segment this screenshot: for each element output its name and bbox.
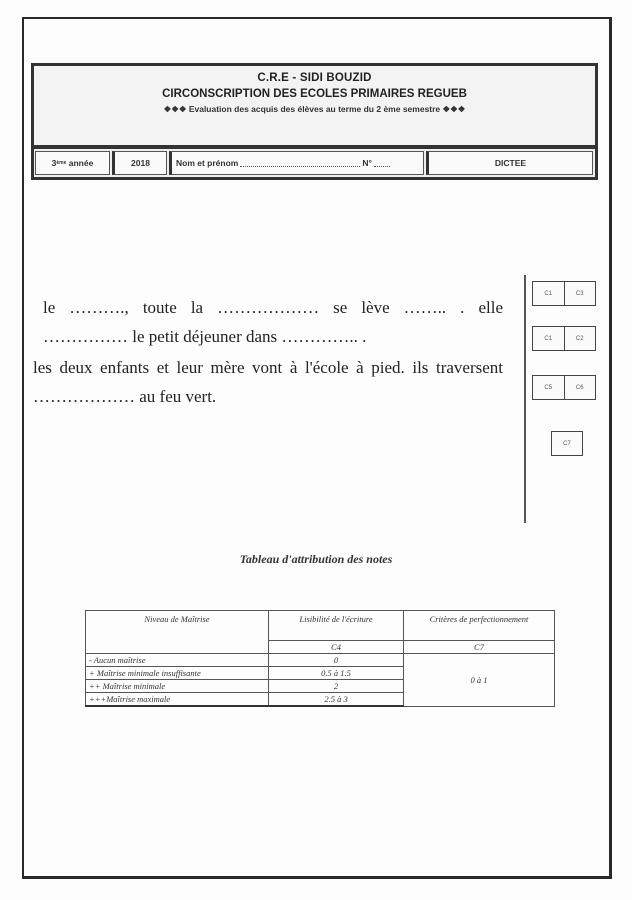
level-cell: + Maîtrise minimale insuffisante (86, 667, 269, 680)
school-district: CIRCONSCRIPTION DES ECOLES PRIMAIRES REG… (34, 88, 595, 100)
table-title: Tableau d'attribution des notes (0, 552, 632, 567)
grade-level: 3ème année (35, 151, 110, 175)
student-info-bar: 3ème année 2018 Nom et prénom N° DICTEE (31, 147, 598, 180)
dictation-paragraph-1: le ………., toute la ……………… se lève …….. . … (43, 293, 503, 351)
subject-label: DICTEE (426, 151, 593, 175)
grading-box-1[interactable]: C1 C3 (532, 281, 596, 306)
table-row: - Aucun maîtrise 0 0 à 1 (86, 654, 555, 667)
criterion-box[interactable]: C5 (533, 376, 564, 399)
criterion-box[interactable]: C1 (533, 327, 564, 350)
school-year: 2018 (112, 151, 167, 175)
table-header-row: Niveau de Maîtrise Lisibilité de l'écrit… (86, 611, 555, 641)
number-label: N° (362, 158, 372, 168)
level-cell: - Aucun maîtrise (86, 654, 269, 667)
regional-center: C.R.E - SIDI BOUZID (34, 72, 595, 84)
name-label: Nom et prénom (176, 158, 238, 168)
criterion-box[interactable]: C2 (564, 327, 596, 350)
subheader-cell: C7 (404, 641, 555, 654)
grading-box-2[interactable]: C1 C2 (532, 326, 596, 351)
level-cell: +++Maîtrise maximale (86, 693, 269, 707)
dictation-paragraph-2: les deux enfants et leur mère vont à l'é… (33, 353, 503, 411)
name-blank[interactable] (240, 159, 360, 167)
header-cell: Lisibilité de l'écriture (269, 611, 404, 641)
c4-cell: 2.5 à 3 (269, 693, 404, 707)
header-cell: Niveau de Maîtrise (86, 611, 269, 654)
level-cell: ++ Maîtrise minimale (86, 680, 269, 693)
student-name-field[interactable]: Nom et prénom N° (169, 151, 424, 175)
c4-cell: 2 (269, 680, 404, 693)
criterion-box[interactable]: C1 (533, 282, 564, 305)
criterion-box[interactable]: C6 (564, 376, 596, 399)
dictation-text: le ………., toute la ……………… se lève …….. . … (43, 293, 503, 411)
grading-box-3[interactable]: C5 C6 (532, 375, 596, 400)
c7-cell: 0 à 1 (404, 654, 555, 707)
number-blank[interactable] (374, 159, 390, 167)
criterion-box[interactable]: C3 (564, 282, 596, 305)
grading-box-4[interactable]: C7 (551, 431, 583, 456)
c4-cell: 0.5 à 1.5 (269, 667, 404, 680)
header-cell: Critères de perfectionnement (404, 611, 555, 641)
grading-table: Niveau de Maîtrise Lisibilité de l'écrit… (85, 610, 555, 707)
grading-margin-divider (524, 275, 526, 523)
subheader-cell: C4 (269, 641, 404, 654)
evaluation-subtitle: ❖❖❖ Evaluation des acquis des élèves au … (34, 104, 595, 115)
exam-header: C.R.E - SIDI BOUZID CIRCONSCRIPTION DES … (31, 63, 598, 148)
c4-cell: 0 (269, 654, 404, 667)
